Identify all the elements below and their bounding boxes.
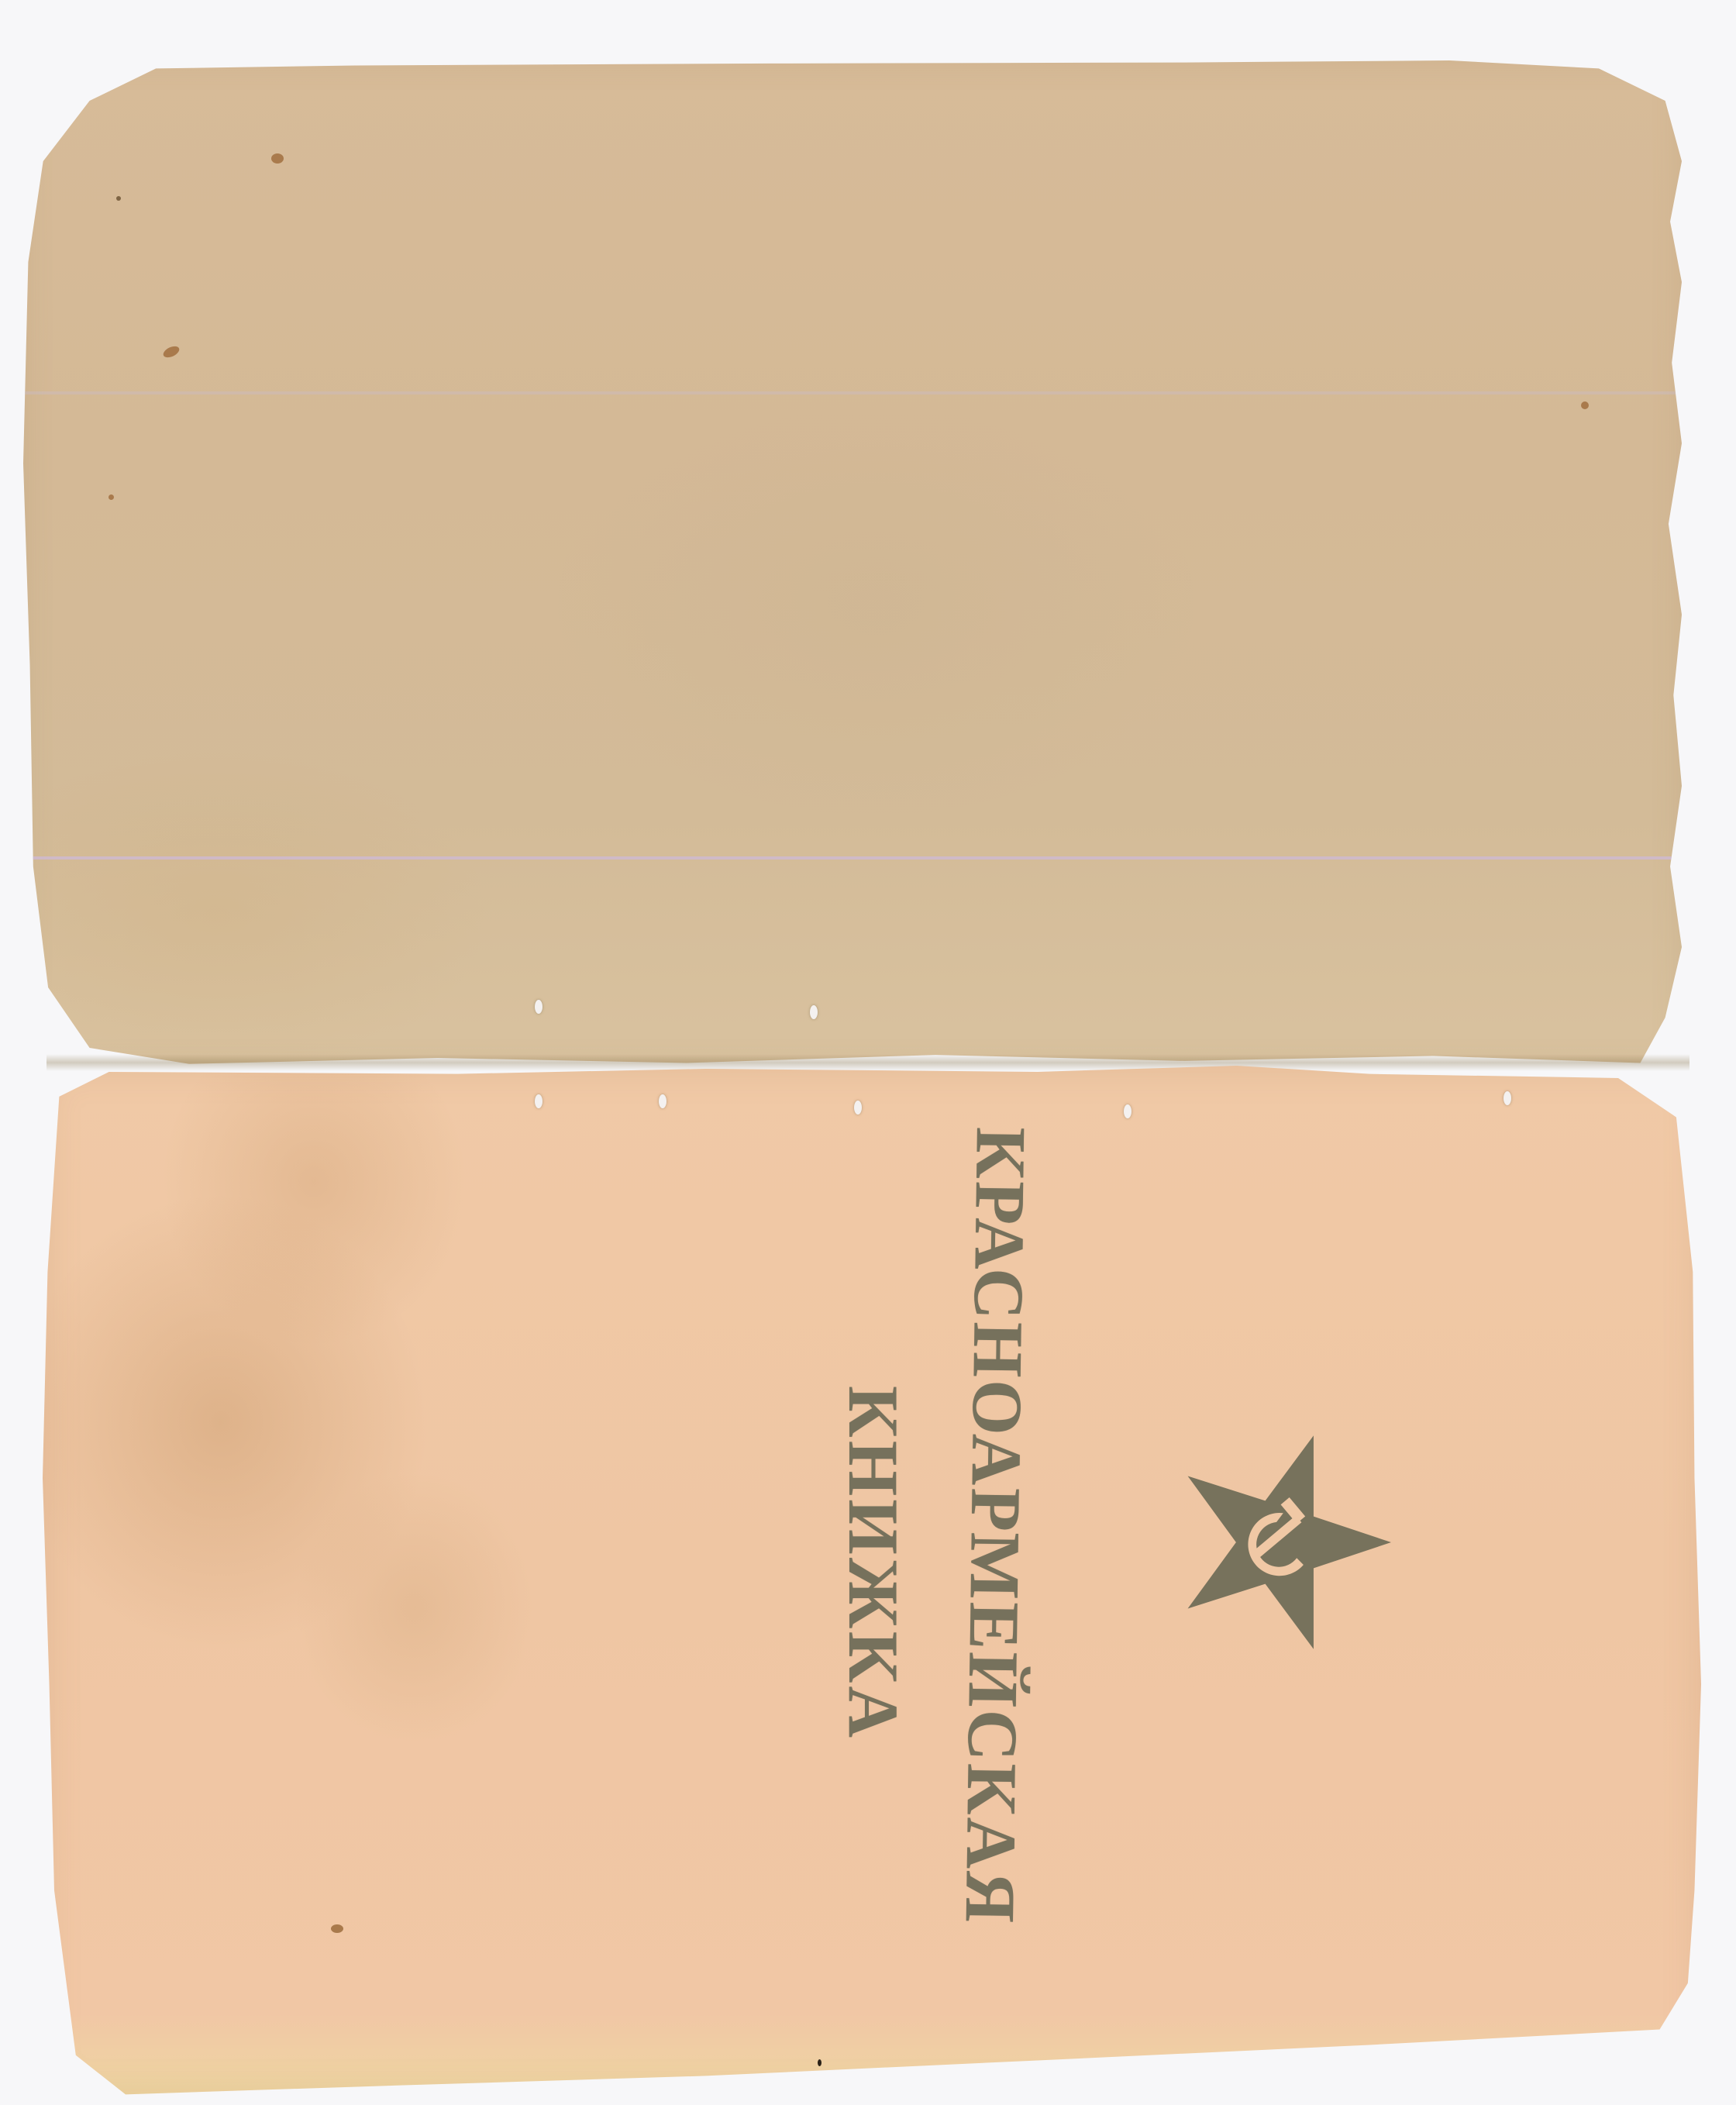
scanned-document: КРАСНОАРМЕЙСКАЯ КНИЖКА: [0, 0, 1736, 2105]
staple-hole: [810, 1005, 818, 1019]
staple-hole: [659, 1094, 666, 1108]
star-hammer-sickle-icon: [1166, 1430, 1391, 1655]
scan-artifact-line: [23, 856, 1682, 860]
stain-spot: [818, 2059, 821, 2066]
staple-hole: [535, 1000, 542, 1014]
cover-title-line-2: КНИЖКА: [832, 1386, 914, 1741]
inside-cover-page: [23, 60, 1682, 1068]
stain-spot: [1581, 401, 1589, 409]
staple-hole: [535, 1094, 542, 1108]
staple-hole: [1503, 1091, 1511, 1105]
cover-title-line-1: КРАСНОАРМЕЙСКАЯ: [949, 1127, 1042, 1926]
binding-fold: [46, 1054, 1689, 1071]
stain-spot: [108, 494, 114, 500]
stain-spot: [116, 196, 121, 201]
stain-spot: [161, 344, 181, 360]
scan-artifact-line: [23, 391, 1682, 394]
staple-hole: [1124, 1104, 1131, 1118]
stain-spot: [271, 153, 284, 164]
staple-hole: [854, 1101, 862, 1115]
stain-spot: [331, 1924, 343, 1933]
